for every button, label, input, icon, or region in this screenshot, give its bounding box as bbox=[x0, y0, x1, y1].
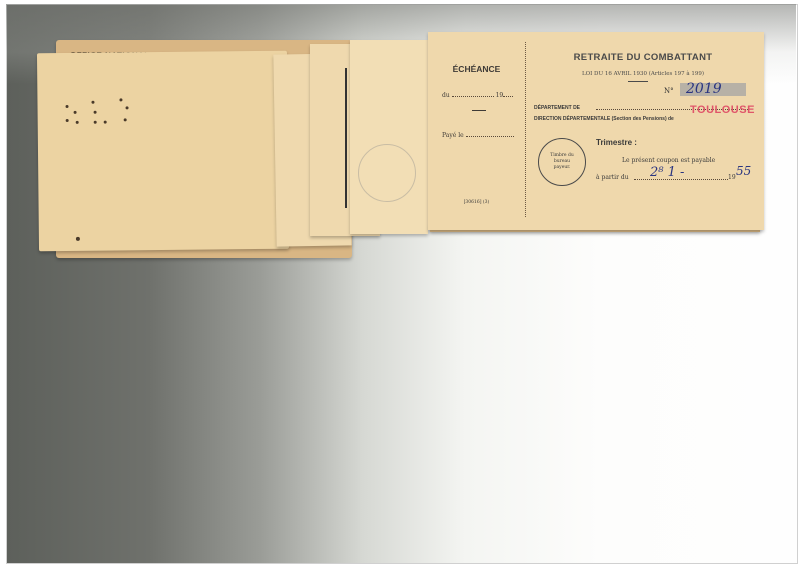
perforation-holes bbox=[63, 96, 143, 137]
direction-label: DIRECTION DÉPARTEMENTALE (Section des Pe… bbox=[534, 116, 674, 122]
title-underline bbox=[628, 81, 648, 82]
payer-stamp-circle: Timbre du bureau payeur. bbox=[538, 138, 586, 186]
echeance-heading: ÉCHÉANCE bbox=[428, 64, 525, 74]
print-code: [30616] (3) bbox=[428, 200, 525, 205]
number-label: N° bbox=[664, 87, 674, 95]
payable-text: Le présent coupon est payable bbox=[622, 157, 715, 164]
perforation-line bbox=[525, 42, 526, 217]
booklet-cover bbox=[37, 51, 289, 252]
used-coupon-stub-3 bbox=[350, 40, 428, 234]
du-line: du 19 bbox=[442, 92, 513, 99]
law-reference: LOI DU 16 AVRIL 1930 (Articles 197 à 199… bbox=[538, 71, 748, 77]
toulouse-stamp: TOULOUSE bbox=[690, 104, 755, 116]
pension-coupon: ÉCHÉANCE du 19 Payé le [30616] (3) RETRA… bbox=[428, 32, 764, 230]
year-printed: 19 bbox=[728, 174, 736, 181]
year-handwritten: 55 bbox=[736, 164, 751, 178]
date-value: 2⁸ 1 - bbox=[650, 165, 684, 180]
faded-stamp-circle bbox=[358, 144, 416, 202]
number-value: 2019 bbox=[686, 81, 722, 97]
coupon-title: RETRAITE DU COMBATTANT bbox=[538, 52, 748, 63]
trimestre-label: Trimestre : bbox=[596, 138, 637, 147]
hole-mark bbox=[76, 237, 80, 241]
partir-label: à partir du bbox=[596, 174, 629, 181]
paye-line: Payé le bbox=[442, 132, 514, 139]
department-label: DÉPARTEMENT DE bbox=[534, 105, 580, 111]
separator-dash bbox=[472, 110, 486, 111]
stub-border-line bbox=[345, 68, 347, 208]
